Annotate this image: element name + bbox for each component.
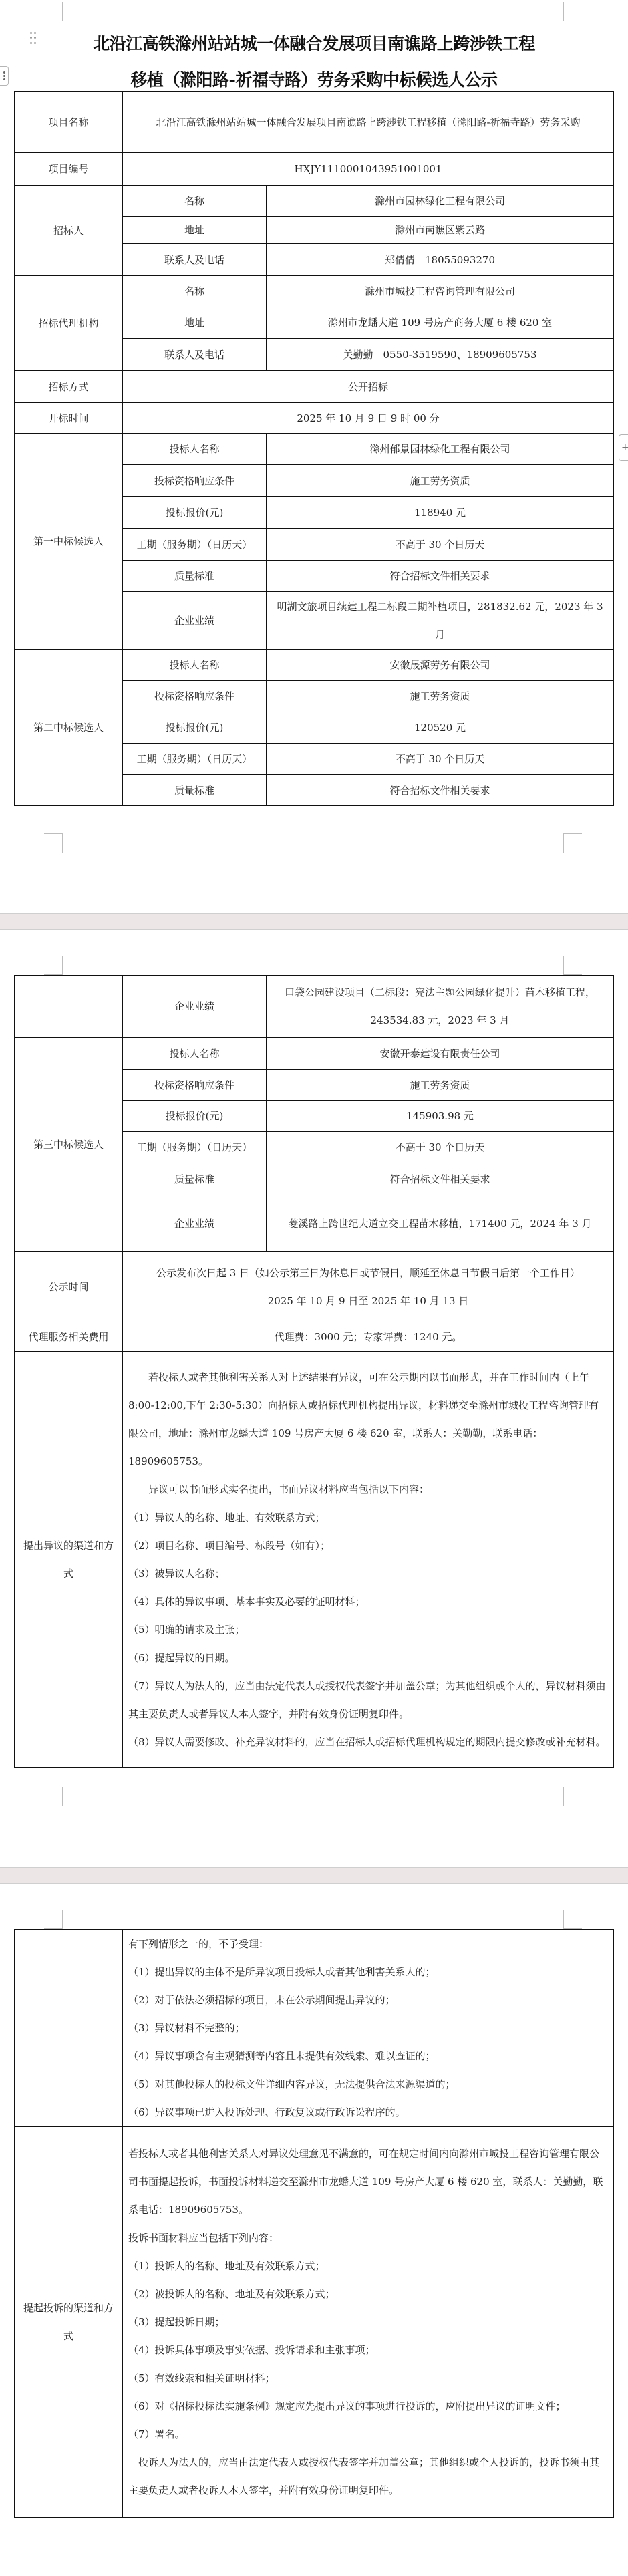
value-publicity: 公示发布次日起 3 日（如公示第三日为休息日或节假日，顺延至休息日节假日后第一个… [123,1252,614,1322]
objection-item: （4）具体的异议事项、基本事实及必要的证明材料； [128,1588,608,1616]
agency-key: 名称 [123,276,267,307]
label-candidate1: 第一中标候选人 [15,434,123,650]
agency-value: 滁州市城投工程咨询管理有限公司 [267,276,614,307]
candidate3-key: 投标报价(元) [123,1101,267,1132]
page-corner-mark [44,1910,63,1929]
candidate2-value: 120520 元 [267,712,614,744]
candidate1-value: 符合招标文件相关要求 [267,561,614,592]
rejection-item: （6）异议事项已进入投诉处理、行政复议或行政诉讼程序的。 [128,2098,608,2126]
objection-item: （3）被异议人名称； [128,1560,608,1588]
document-title-line2: 移植（滁阳路-祈福寺路）劳务采购中标候选人公示 [0,67,628,91]
objection-item: （2）项目名称、项目编号、标段号（如有）； [128,1532,608,1560]
page-break [0,1867,628,1884]
candidate3-key: 投标资格响应条件 [123,1070,267,1101]
candidate1-key: 投标资格响应条件 [123,465,267,497]
candidate2-value: 不高于 30 个日历天 [267,744,614,775]
candidate2-key: 质量标准 [123,775,267,806]
complaint-item: （2）被投诉人的名称、地址及有效联系方式； [128,2280,608,2308]
rejection-item: （1）提出异议的主体不是所异议项目投标人或者其他利害关系人的； [128,1958,608,1986]
candidate3-key: 投标人名称 [123,1038,267,1070]
page-corner-mark [44,956,63,975]
candidate3-value: 菱溪路上跨世纪大道立交工程苗木移植，171400 元，2024 年 3 月 [267,1195,614,1252]
objection-requirements-intro: 异议可以书面形式实名提出，书面异议材料应当包括以下内容： [128,1475,608,1504]
objection-rejection-content: 有下列情形之一的，不予受理： （1）提出异议的主体不是所异议项目投标人或者其他利… [123,1930,614,2127]
objection-item: （8）异议人需要修改、补充异议材料的，应当在招标人或招标代理机构规定的期限内提交… [128,1728,608,1756]
page-corner-mark [44,833,63,853]
rejection-item: （2）对于依法必须招标的项目，未在公示期间提出异议的； [128,1986,608,2014]
rejection-item: （4）异议事项含有主观猜测等内容且未提供有效线索、难以查证的； [128,2042,608,2070]
complaint-item: （5）有效线索和相关证明材料； [128,2364,608,2392]
tenderer-key: 地址 [123,217,267,244]
objection-item: （6）提起异议的日期。 [128,1644,608,1672]
row-project-name: 项目名称 北沿江高铁滁州站站城一体融合发展项目南谯路上跨涉铁工程移植（滁阳路-祈… [15,92,614,153]
complaint-requirements-intro: 投诉书面材料应当包括下列内容： [128,2224,608,2252]
candidate3-value: 不高于 30 个日历天 [267,1132,614,1163]
complaint-item: （7）署名。 [128,2420,608,2448]
label-complaint: 提起投诉的渠道和方式 [15,2127,123,2518]
value-fees: 代理费：3000 元；专家评费：1240 元。 [123,1322,614,1352]
complaint-item: （4）投诉具体事项及事实依据、投诉请求和主张事项； [128,2336,608,2364]
agency-value: 关勤勤 0550-3519590、18909605753 [267,339,614,371]
page-corner-mark [563,1910,582,1929]
objection-item: （1）异议人的名称、地址、有效联系方式； [128,1504,608,1532]
candidate2-key: 投标资格响应条件 [123,681,267,712]
candidate3-key: 工期（服务期）（日历天） [123,1132,267,1163]
document-title-line1: 北沿江高铁滁州站站城一体融合发展项目南谯路上跨涉铁工程 [0,31,628,55]
publicity-period-rule: 公示发布次日起 3 日（如公示第三日为休息日或节假日，顺延至休息日节假日后第一个… [128,1259,608,1287]
tenderer-value: 滁州市南谯区紫云路 [267,217,614,244]
value-project-name: 北沿江高铁滁州站站城一体融合发展项目南谯路上跨涉铁工程移植（滁阳路-祈福寺路）劳… [123,92,614,153]
page-break [0,913,628,930]
page-corner-mark [563,1787,582,1806]
label-fees: 代理服务相关费用 [15,1322,123,1352]
tenderer-value: 郑倩倩 18055093270 [267,244,614,276]
complaint-item: （6）对《招标投标法实施条例》规定应先提出异议的事项进行投诉的，应附提出异议的证… [128,2392,608,2420]
complaint-intro: 若投标人或者其他利害关系人对异议处理意见不满意的，可在规定时间内向滁州市城投工程… [128,2140,608,2224]
candidate1-value: 118940 元 [267,497,614,529]
complaint-item: （3）提起投诉日期； [128,2308,608,2336]
info-table-page1: 项目名称 北沿江高铁滁州站站城一体融合发展项目南谯路上跨涉铁工程移植（滁阳路-祈… [14,91,614,806]
rejection-item: （3）异议材料不完整的； [128,2014,608,2042]
info-table-page2: 企业业绩 口袋公园建设项目（二标段：宪法主题公园绿化提升）苗木移植工程，2435… [14,975,614,1768]
candidate3-key: 企业业绩 [123,1195,267,1252]
objection-content: 若投标人或者其他利害关系人对上述结果有异议，可在公示期内以书面形式，并在工作时间… [123,1352,614,1768]
complaint-content: 若投标人或者其他利害关系人对异议处理意见不满意的，可在规定时间内向滁州市城投工程… [123,2127,614,2518]
label-tenderer: 招标人 [15,186,123,276]
label-method: 招标方式 [15,371,123,403]
publicity-dates: 2025 年 10 月 9 日至 2025 年 10 月 13 日 [128,1287,608,1315]
candidate2-key: 企业业绩 [123,976,267,1038]
candidate1-key: 企业业绩 [123,592,267,650]
candidate1-key: 工期（服务期）（日历天） [123,529,267,561]
value-method: 公开招标 [123,371,614,403]
objection-item: （5）明确的请求及主张； [128,1616,608,1644]
rejection-intro: 有下列情形之一的，不予受理： [128,1930,608,1958]
objection-intro: 若投标人或者其他利害关系人对上述结果有异议，可在公示期内以书面形式，并在工作时间… [128,1363,608,1475]
tenderer-key: 名称 [123,186,267,217]
candidate2-key: 投标人名称 [123,650,267,681]
info-table-page3: 有下列情形之一的，不予受理： （1）提出异议的主体不是所异议项目投标人或者其他利… [14,1929,614,2518]
page-corner-mark [44,2,63,21]
candidate3-value: 145903.98 元 [267,1101,614,1132]
candidate1-key: 质量标准 [123,561,267,592]
candidate1-key: 投标报价(元) [123,497,267,529]
tenderer-key: 联系人及电话 [123,244,267,276]
page-corner-mark [44,1787,63,1806]
plus-icon: + [621,442,628,453]
agency-key: 地址 [123,307,267,339]
label-project-name: 项目名称 [15,92,123,153]
row-project-number: 项目编号 HXJY1110001043951001001 [15,153,614,186]
label-project-number: 项目编号 [15,153,123,186]
candidate2-value: 口袋公园建设项目（二标段：宪法主题公园绿化提升）苗木移植工程，243534.83… [267,976,614,1038]
label-agency: 招标代理机构 [15,276,123,371]
candidate1-value: 明湖文旅项目续建工程二标段二期补植项目，281832.62 元，2023 年 3… [267,592,614,650]
candidate1-key: 投标人名称 [123,434,267,465]
candidate2-value: 符合招标文件相关要求 [267,775,614,806]
label-publicity: 公示时间 [15,1252,123,1322]
page-corner-mark [563,833,582,853]
rejection-item: （5）对其他投标人的投标文件详细内容异议，无法提供合法来源渠道的； [128,2070,608,2098]
tenderer-value: 滁州市园林绿化工程有限公司 [267,186,614,217]
candidate2-key: 工期（服务期）（日历天） [123,744,267,775]
add-block-button[interactable]: + [619,434,628,461]
candidate3-value: 安徽开泰建设有限责任公司 [267,1038,614,1070]
candidate1-value: 滁州郁景园林绿化工程有限公司 [267,434,614,465]
candidate2-label-continued [15,976,123,1038]
value-project-number: HXJY1110001043951001001 [123,153,614,186]
label-candidate2: 第二中标候选人 [15,650,123,806]
candidate1-value: 不高于 30 个日历天 [267,529,614,561]
candidate3-key: 质量标准 [123,1163,267,1195]
candidate2-value: 安徽晟源劳务有限公司 [267,650,614,681]
candidate3-value: 施工劳务资质 [267,1070,614,1101]
complaint-item: （1）投诉人的名称、地址及有效联系方式； [128,2252,608,2280]
objection-item: （7）异议人为法人的，应当由法定代表人或授权代表签字并加盖公章；为其他组织或个人… [128,1672,608,1728]
label-objection: 提出异议的渠道和方式 [15,1352,123,1768]
candidate2-value: 施工劳务资质 [267,681,614,712]
objection-label-continued [15,1930,123,2127]
label-candidate3: 第三中标候选人 [15,1038,123,1252]
agency-value: 滁州市龙蟠大道 109 号房产商务大厦 6 楼 620 室 [267,307,614,339]
label-opening-time: 开标时间 [15,403,123,434]
value-opening-time: 2025 年 10 月 9 日 9 时 00 分 [123,403,614,434]
candidate1-value: 施工劳务资质 [267,465,614,497]
complaint-closing: 投诉人为法人的，应当由法定代表人或授权代表签字并加盖公章；其他组织或个人投诉的，… [128,2448,608,2505]
page-corner-mark [563,956,582,975]
page-corner-mark [563,2,582,21]
agency-key: 联系人及电话 [123,339,267,371]
candidate2-key: 投标报价(元) [123,712,267,744]
candidate3-value: 符合招标文件相关要求 [267,1163,614,1195]
